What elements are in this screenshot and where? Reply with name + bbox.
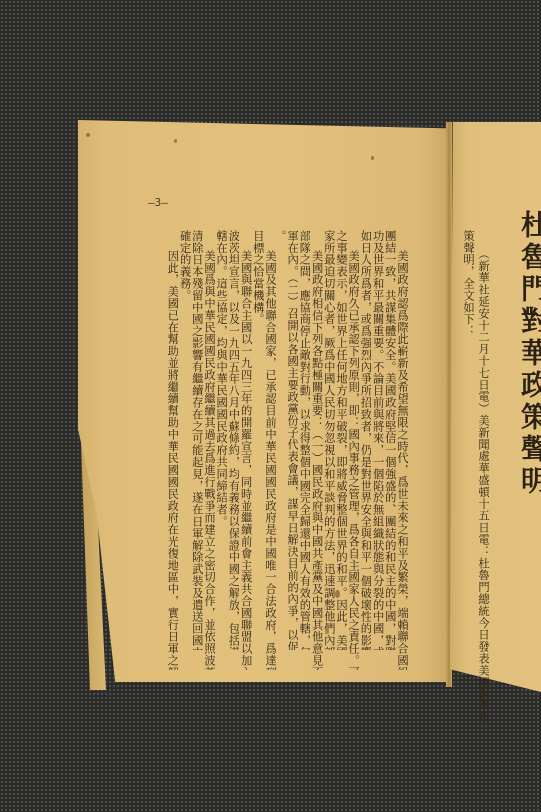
text-column: 目標之恰當機構。 [252,230,264,650]
text-column: 美國政府久已承認下列原則，即：國內事務之管理，爲各自主國家人民之責任。可是本世紀 [347,250,359,670]
text-column: 之事變表示，如世界上任何地方和平破裂，即將威脅整個世界的和平。因此，美國及一切聯… [335,230,347,650]
text-column: 美國及其他聯合國家，已承認目前中華民國國民政府是中國唯一合法政府，爲達到統一中國 [264,250,276,670]
text-column: 團結一致，共謀集體安全。美國政府堅信一個強盛的、團結的和民主的中國，對聯合國組織… [384,230,396,650]
text-column: 家所最迫切關心者，厥爲中國人民切勿忽視以和平談判的方法，迅速調整他們內部分歧之機… [323,230,335,650]
paper-stain [174,139,177,143]
text-column: 部隊之間，應協商停止敵對行動，以求得整個中國完全歸還中國人有效的管轄，包括立即撤… [298,230,310,650]
text-column: 美國與聯合主國以一九四三年的開羅宣言，同時並繼續前會主義共合國聯盟以加入本年七月 [240,250,252,670]
text-column: 美國爲與中華民國國民政府繼續其過去爲進行戰爭而建立之密切合作，並依照波茨坦宣言及 [203,250,215,670]
text-column: 美國政府相信下列各點極關重要：（一）國民政府與中國共產黨及中國其他意見不同的武裝 [311,250,323,670]
paper-stain [86,133,90,137]
text-column: 因此，美國已在幫助並將繼續幫助中華民國國民政府在光復地區中，實行日軍之解除武裝 [166,250,178,670]
text-column: 波茨坦宣言，以及一九四五年八月中蘇條約，均有義務以保證中國之解放，包括滿洲歸還中… [227,230,239,650]
text-column: 功及世界和平最關重要。不論目前與將來，一個陷於無組織狀態與分裂的中國，或因外患使… [372,230,384,650]
text-column: 轄在內。這些協定，均與中華民國國民政府共同締結者。 [215,230,227,650]
page-number: —3— [148,196,168,209]
dateline-continuation: 策聲明，全文如下： [462,230,474,337]
text-column: 如日人所爲者，或爲强烈內爭所招致者，仍是對世界安全與和平一個破壞性的影響。 [359,230,371,650]
text-column: 美國政府認爲際此嶄新及希望無限之時代，爲世未來之和平及繁榮，端賴聯合國組織之國家 [396,250,408,670]
dateline: （新華社延安十二月十七日電）美新聞處華盛頓十五日電：杜魯門總統今日發表美國對華政 [477,248,489,724]
text-column: 清除日本殘留中國之影響有繼續存在之可能起見，遂在日軍解除武裝及遣送回國中，担任了… [191,230,203,650]
article-title: 杜魯門對華政策聲明 [518,210,541,498]
paper-stain [371,156,374,160]
text-column: 確定的義務。 [179,230,191,650]
text-column: 軍在內。（二）召開以各國主要政黨份子代表會議，謀早日解決目前的內爭，以促成中國的… [286,230,298,650]
